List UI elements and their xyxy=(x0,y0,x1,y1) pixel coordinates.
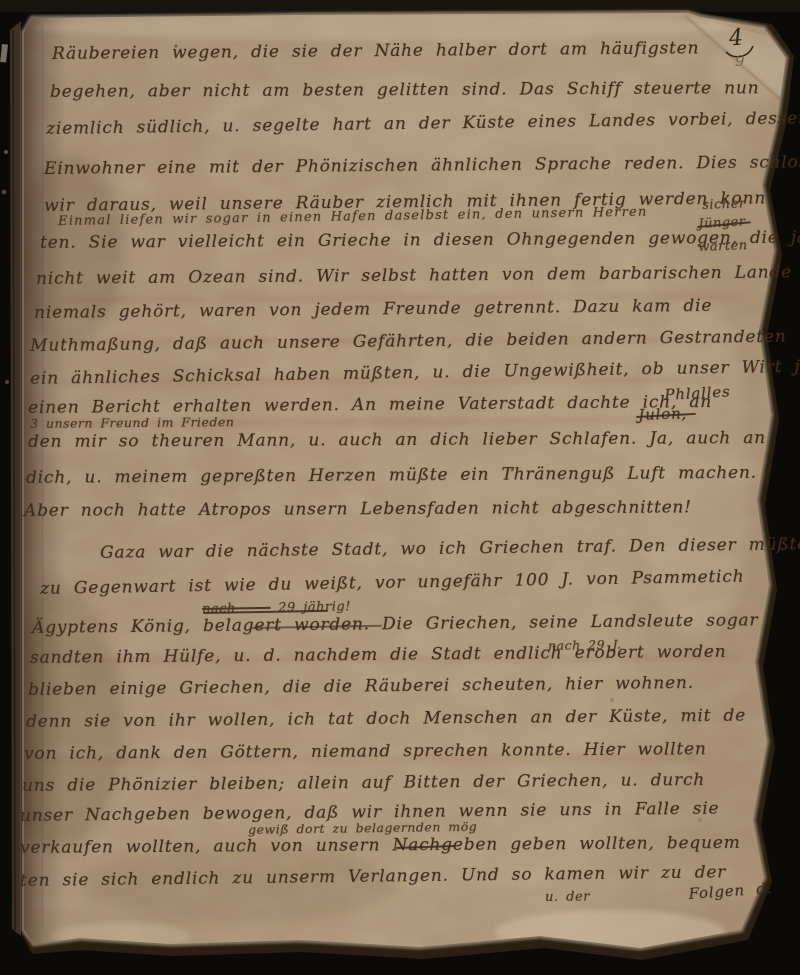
manuscript-scan: 4 9 Räubereien wegen, die sie der Nähe h… xyxy=(0,0,800,975)
interlinear-insertion: u. der xyxy=(545,890,590,905)
page-number-ink: 4 xyxy=(728,26,744,52)
margin-note: warten xyxy=(698,238,748,255)
struck-word: nach —— xyxy=(202,601,271,617)
manuscript-line: den mir so theuren Mann, u. auch an dich… xyxy=(28,428,766,452)
page-number-pencil: 9 xyxy=(735,52,745,70)
manuscript-line: Aber noch hatte Atropos unsern Lebensfad… xyxy=(24,498,692,521)
interlinear-insertion: 3 unsern Freund im Frieden xyxy=(30,414,234,431)
margin-note: sicher xyxy=(702,196,746,213)
insertion-word: 29 jährig! xyxy=(278,599,351,615)
correction-word: Phlalles xyxy=(664,383,731,404)
manuscript-line: begehen, aber nicht am besten gelitten s… xyxy=(50,78,759,102)
